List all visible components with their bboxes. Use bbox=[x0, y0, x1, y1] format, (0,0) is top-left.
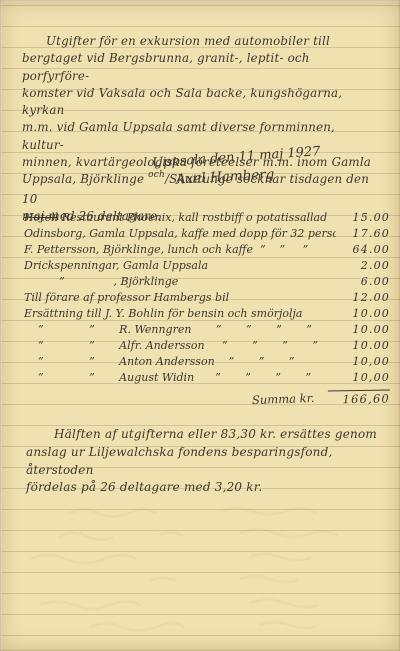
expense-row: Till förare af professor Hambergs bil 12… bbox=[24, 291, 390, 307]
total-row: Summa kr. 166,60 bbox=[24, 390, 390, 406]
expense-row: ” , Björklinge 6.00 bbox=[24, 275, 390, 291]
expense-label: Hotell Restaurant Phoenix, kall rostbiff… bbox=[24, 211, 327, 224]
struck-text: Hotell bbox=[24, 211, 58, 224]
expense-label-text: ” ” Alfr. Andersson ” ” ” ” bbox=[24, 339, 318, 352]
total-amount: 166,60 bbox=[328, 389, 390, 406]
expense-row: F. Pettersson, Björklinge, lunch och kaf… bbox=[24, 243, 390, 259]
intro-line: bergtaget vid Bergsbrunna, granit-, lept… bbox=[22, 50, 378, 85]
expense-table: Hotell Restaurant Phoenix, kall rostbiff… bbox=[24, 211, 390, 387]
intro-line: komster vid Vaksala och Sala backe, kung… bbox=[22, 85, 378, 120]
expense-row: Drickspenningar, Gamla Uppsala 2.00 bbox=[24, 259, 390, 275]
expense-amount: 12.00 bbox=[336, 291, 390, 304]
expense-label: ” ” Alfr. Andersson ” ” ” ” bbox=[24, 339, 318, 352]
footer-line: anslag ur Liljewalchska fondens besparin… bbox=[26, 444, 378, 480]
expense-amount: 10.00 bbox=[336, 339, 390, 352]
expense-label: Ersättning till J. Y. Bohlin för bensin … bbox=[24, 307, 303, 320]
footer-paragraph: Hälften af utgifterna eller 83,30 kr. er… bbox=[26, 426, 378, 497]
expense-label-text: Odinsborg, Gamla Uppsala, kaffe med dopp… bbox=[24, 227, 336, 240]
expense-label-text: Till förare af professor Hambergs bil bbox=[24, 291, 229, 304]
intro-line6-pre: Uppsala, Björklinge bbox=[22, 172, 148, 186]
expense-label-text: ” ” Anton Andersson ” ” ” bbox=[24, 355, 294, 368]
expense-amount: 2.00 bbox=[336, 259, 390, 272]
intro-paragraph: Utgifter för en exkursion med automobile… bbox=[22, 33, 378, 225]
expense-row: Ersättning till J. Y. Bohlin för bensin … bbox=[24, 307, 390, 323]
expense-label: ” ” Anton Andersson ” ” ” bbox=[24, 355, 294, 368]
expense-amount: 6.00 bbox=[336, 275, 390, 288]
expense-label-text: ” ” August Widin ” ” ” ” bbox=[24, 371, 311, 384]
document-page: Utgifter för en exkursion med automobile… bbox=[0, 0, 400, 651]
expense-row: Hotell Restaurant Phoenix, kall rostbiff… bbox=[24, 211, 390, 227]
expense-amount: 10,00 bbox=[336, 355, 390, 368]
expense-label-text: Restaurant Phoenix, kall rostbiff o pota… bbox=[58, 211, 327, 224]
expense-label-text: ” , Björklinge bbox=[24, 275, 178, 288]
expense-row: Odinsborg, Gamla Uppsala, kaffe med dopp… bbox=[24, 227, 390, 243]
expense-row: ” ” Alfr. Andersson ” ” ” ” 10.00 bbox=[24, 339, 390, 355]
expense-label-text: Drickspenningar, Gamla Uppsala bbox=[24, 259, 208, 272]
expense-label: ” ” R. Wenngren ” ” ” ” bbox=[24, 323, 312, 336]
footer-line: fördelas på 26 deltagare med 3,20 kr. bbox=[26, 479, 378, 497]
expense-amount: 15.00 bbox=[336, 211, 390, 224]
expense-amount: 10.00 bbox=[336, 323, 390, 336]
expense-label: ” ” August Widin ” ” ” ” bbox=[24, 371, 311, 384]
paper-edge-top bbox=[0, 0, 400, 2]
expense-label: ” , Björklinge bbox=[24, 275, 178, 288]
expense-label-text: F. Pettersson, Björklinge, lunch och kaf… bbox=[24, 243, 308, 256]
paper-edge-left bbox=[0, 0, 2, 651]
expense-label: F. Pettersson, Björklinge, lunch och kaf… bbox=[24, 243, 308, 256]
intro-line: Utgifter för en exkursion med automobile… bbox=[22, 33, 378, 50]
bleedthrough-ghost-writing bbox=[0, 501, 400, 651]
expense-row: ” ” R. Wenngren ” ” ” ” 10.00 bbox=[24, 323, 390, 339]
total-label: Summa kr. bbox=[251, 391, 314, 407]
expense-amount: 17.60 bbox=[336, 227, 390, 240]
expense-label-text: ” ” R. Wenngren ” ” ” ” bbox=[24, 323, 312, 336]
expense-row: ” ” Anton Andersson ” ” ” 10,00 bbox=[24, 355, 390, 371]
expense-label: Till förare af professor Hambergs bil bbox=[24, 291, 229, 304]
intro-line: m.m. vid Gamla Uppsala samt diverse forn… bbox=[22, 119, 378, 154]
expense-label: Drickspenningar, Gamla Uppsala bbox=[24, 259, 208, 272]
inserted-word-och: och bbox=[148, 170, 165, 180]
expense-label: Odinsborg, Gamla Uppsala, kaffe med dopp… bbox=[24, 227, 336, 240]
expense-amount: 10,00 bbox=[336, 371, 390, 384]
footer-line: Hälften af utgifterna eller 83,30 kr. er… bbox=[26, 426, 378, 444]
expense-amount: 10.00 bbox=[336, 307, 390, 320]
expense-row: ” ” August Widin ” ” ” ” 10,00 bbox=[24, 371, 390, 387]
expense-label-text: Ersättning till J. Y. Bohlin för bensin … bbox=[24, 307, 303, 320]
expense-amount: 64.00 bbox=[336, 243, 390, 256]
